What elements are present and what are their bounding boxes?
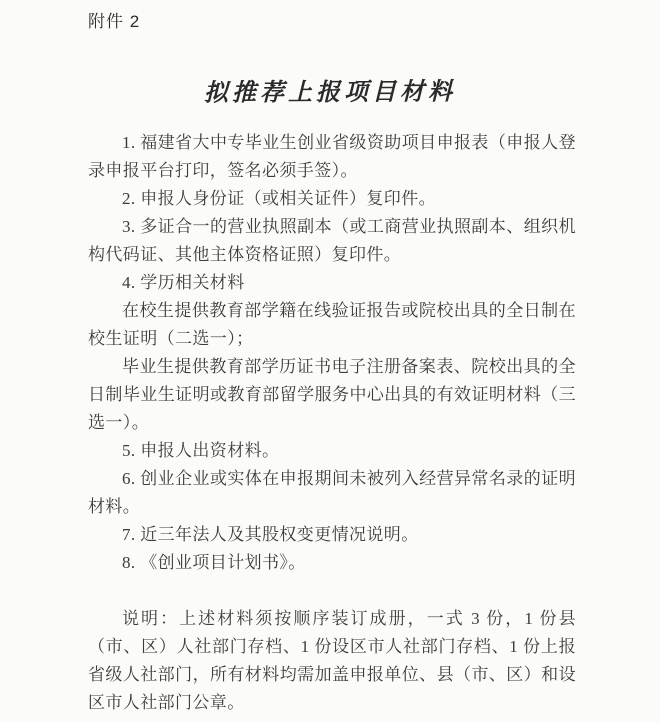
list-item-4: 4. 学历相关材料 [88,269,576,297]
annex-label: 附件 2 [88,7,140,32]
list-item-2: 2. 申报人身份证（或相关证件）复印件。 [88,185,576,213]
document-body: 1. 福建省大中专毕业生创业省级资助项目申报表（申报人登录申报平台打印，签名必须… [88,129,576,717]
document-page: 附件 2 拟推荐上报项目材料 1. 福建省大中专毕业生创业省级资助项目申报表（申… [0,0,660,722]
list-item-7: 7. 近三年法人及其股权变更情况说明。 [88,521,576,549]
list-item-5: 5. 申报人出资材料。 [88,437,576,465]
document-title: 拟推荐上报项目材料 [0,70,660,108]
note-paragraph: 说明：上述材料须按顺序装订成册，一式 3 份，1 份县（市、区）人社部门存档、1… [88,605,576,717]
list-item-6: 6. 创业企业或实体在申报期间未被列入经营异常名录的证明材料。 [88,465,576,521]
list-item-8: 8. 《创业项目计划书》。 [88,549,576,577]
list-item-4-sub-enrolled: 在校生提供教育部学籍在线验证报告或院校出具的全日制在校生证明（二选一）； [88,297,576,353]
list-item-3: 3. 多证合一的营业执照副本（或工商营业执照副本、组织机构代码证、其他主体资格证… [88,213,576,269]
list-item-4-sub-graduate: 毕业生提供教育部学历证书电子注册备案表、院校出具的全日制毕业生证明或教育部留学服… [88,353,576,437]
list-item-1: 1. 福建省大中专毕业生创业省级资助项目申报表（申报人登录申报平台打印，签名必须… [88,129,576,185]
